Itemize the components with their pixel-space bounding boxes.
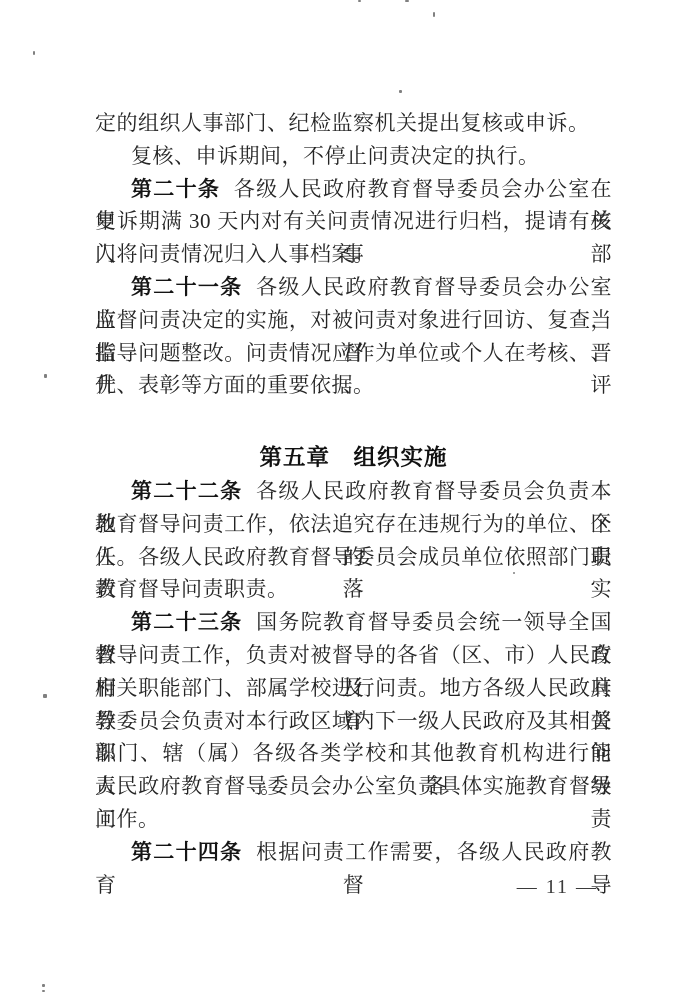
document-line: 第二十二条各级人民政府教育督导委员会负责本地区 xyxy=(95,475,612,508)
article-number-label: 第二十条 xyxy=(131,177,220,201)
scan-noise-speck xyxy=(42,990,45,992)
document-line: 人民政府教育督导委员会办公室负责具体实施教育督导问责 xyxy=(95,770,612,803)
scan-noise-speck xyxy=(399,90,402,93)
line-text: 工作。 xyxy=(95,807,160,831)
line-text: 优、表彰等方面的重要依据。 xyxy=(95,373,375,397)
document-line: 第二十四条根据问责工作需要，各级人民政府教育督导 xyxy=(95,836,612,869)
scan-noise-speck xyxy=(358,0,361,2)
document-line: 第二十条各级人民政府教育督导委员会办公室在复核 xyxy=(95,173,612,206)
scan-noise-speck xyxy=(43,694,47,698)
article-20: 第二十条各级人民政府教育督导委员会办公室在复核申诉期满 30 天内对有关问责情况… xyxy=(95,173,612,271)
para-review-period: 复核、申诉期间，不停止问责决定的执行。 xyxy=(95,140,612,173)
article-23: 第二十三条国务院教育督导委员会统一领导全国教育督导问责工作，负责对被督导的各省（… xyxy=(95,606,612,836)
document-line: 部门、辖（属）各级各类学校和其他教育机构进行问责。各级 xyxy=(95,737,612,770)
scan-noise-speck xyxy=(44,374,47,378)
document-line: 监督问责决定的实施，对被问责对象进行回访、复查，监督、 xyxy=(95,304,612,337)
line-text: 人民政府教育督导委员会办公室负责具体实施教育督导问责 xyxy=(95,774,612,831)
document-line: 复核、申诉期间，不停止问责决定的执行。 xyxy=(95,140,612,173)
document-line: 第二十一条各级人民政府教育督导委员会办公室应当 xyxy=(95,271,612,304)
document-line: 定的组织人事部门、纪检监察机关提出复核或申诉。 xyxy=(95,107,612,140)
article-number-label: 第二十一条 xyxy=(131,275,242,299)
document-line: 申诉期满 30 天内对有关问责情况进行归档，提请有关人事部 xyxy=(95,205,612,238)
para-continuation: 定的组织人事部门、纪检监察机关提出复核或申诉。 xyxy=(95,107,612,140)
document-line: 指导问题整改。问责情况应作为单位或个人在考核、晋升、评 xyxy=(95,337,612,370)
article-24: 第二十四条根据问责工作需要，各级人民政府教育督导 xyxy=(95,836,612,869)
scan-noise-speck xyxy=(42,984,45,987)
document-line: 督导问责工作，负责对被督导的各省（区、市）人民政府及其 xyxy=(95,639,612,672)
scanned-document-page: 定的组织人事部门、纪检监察机关提出复核或申诉。复核、申诉期间，不停止问责决定的执… xyxy=(0,0,700,993)
line-text: 教育督导问责职责。 xyxy=(95,577,289,601)
article-22: 第二十二条各级人民政府教育督导委员会负责本地区教育督导问责工作，依法追究存在违规… xyxy=(95,475,612,606)
document-line: 教育督导问责工作，依法追究存在违规行为的单位、个人的责 xyxy=(95,508,612,541)
scan-noise-speck xyxy=(513,572,515,574)
article-number-label: 第二十三条 xyxy=(131,610,242,634)
document-body: 定的组织人事部门、纪检监察机关提出复核或申诉。复核、申诉期间，不停止问责决定的执… xyxy=(95,107,612,903)
scan-noise-speck xyxy=(405,0,409,2)
line-text: 定的组织人事部门、纪检监察机关提出复核或申诉。 xyxy=(95,111,590,135)
scan-noise-speck xyxy=(433,12,435,17)
document-line: 导委员会负责对本行政区域内下一级人民政府及其相关职能 xyxy=(95,705,612,738)
chapter-5-heading: 第五章 组织实施 xyxy=(95,442,612,475)
line-text: 门将问责情况归入人事档案。 xyxy=(95,242,375,266)
article-number-label: 第二十四条 xyxy=(131,840,242,864)
document-line: 相关职能部门、部属学校进行问责。地方各级人民政府教育督 xyxy=(95,672,612,705)
article-number-label: 第二十二条 xyxy=(131,479,242,503)
article-21: 第二十一条各级人民政府教育督导委员会办公室应当监督问责决定的实施，对被问责对象进… xyxy=(95,271,612,402)
document-line: 任。各级人民政府教育督导委员会成员单位依照部门职责落实 xyxy=(95,541,612,574)
line-text: 复核、申诉期间，不停止问责决定的执行。 xyxy=(131,144,540,168)
scan-noise-speck xyxy=(33,51,35,55)
document-line: 第二十三条国务院教育督导委员会统一领导全国教育 xyxy=(95,606,612,639)
